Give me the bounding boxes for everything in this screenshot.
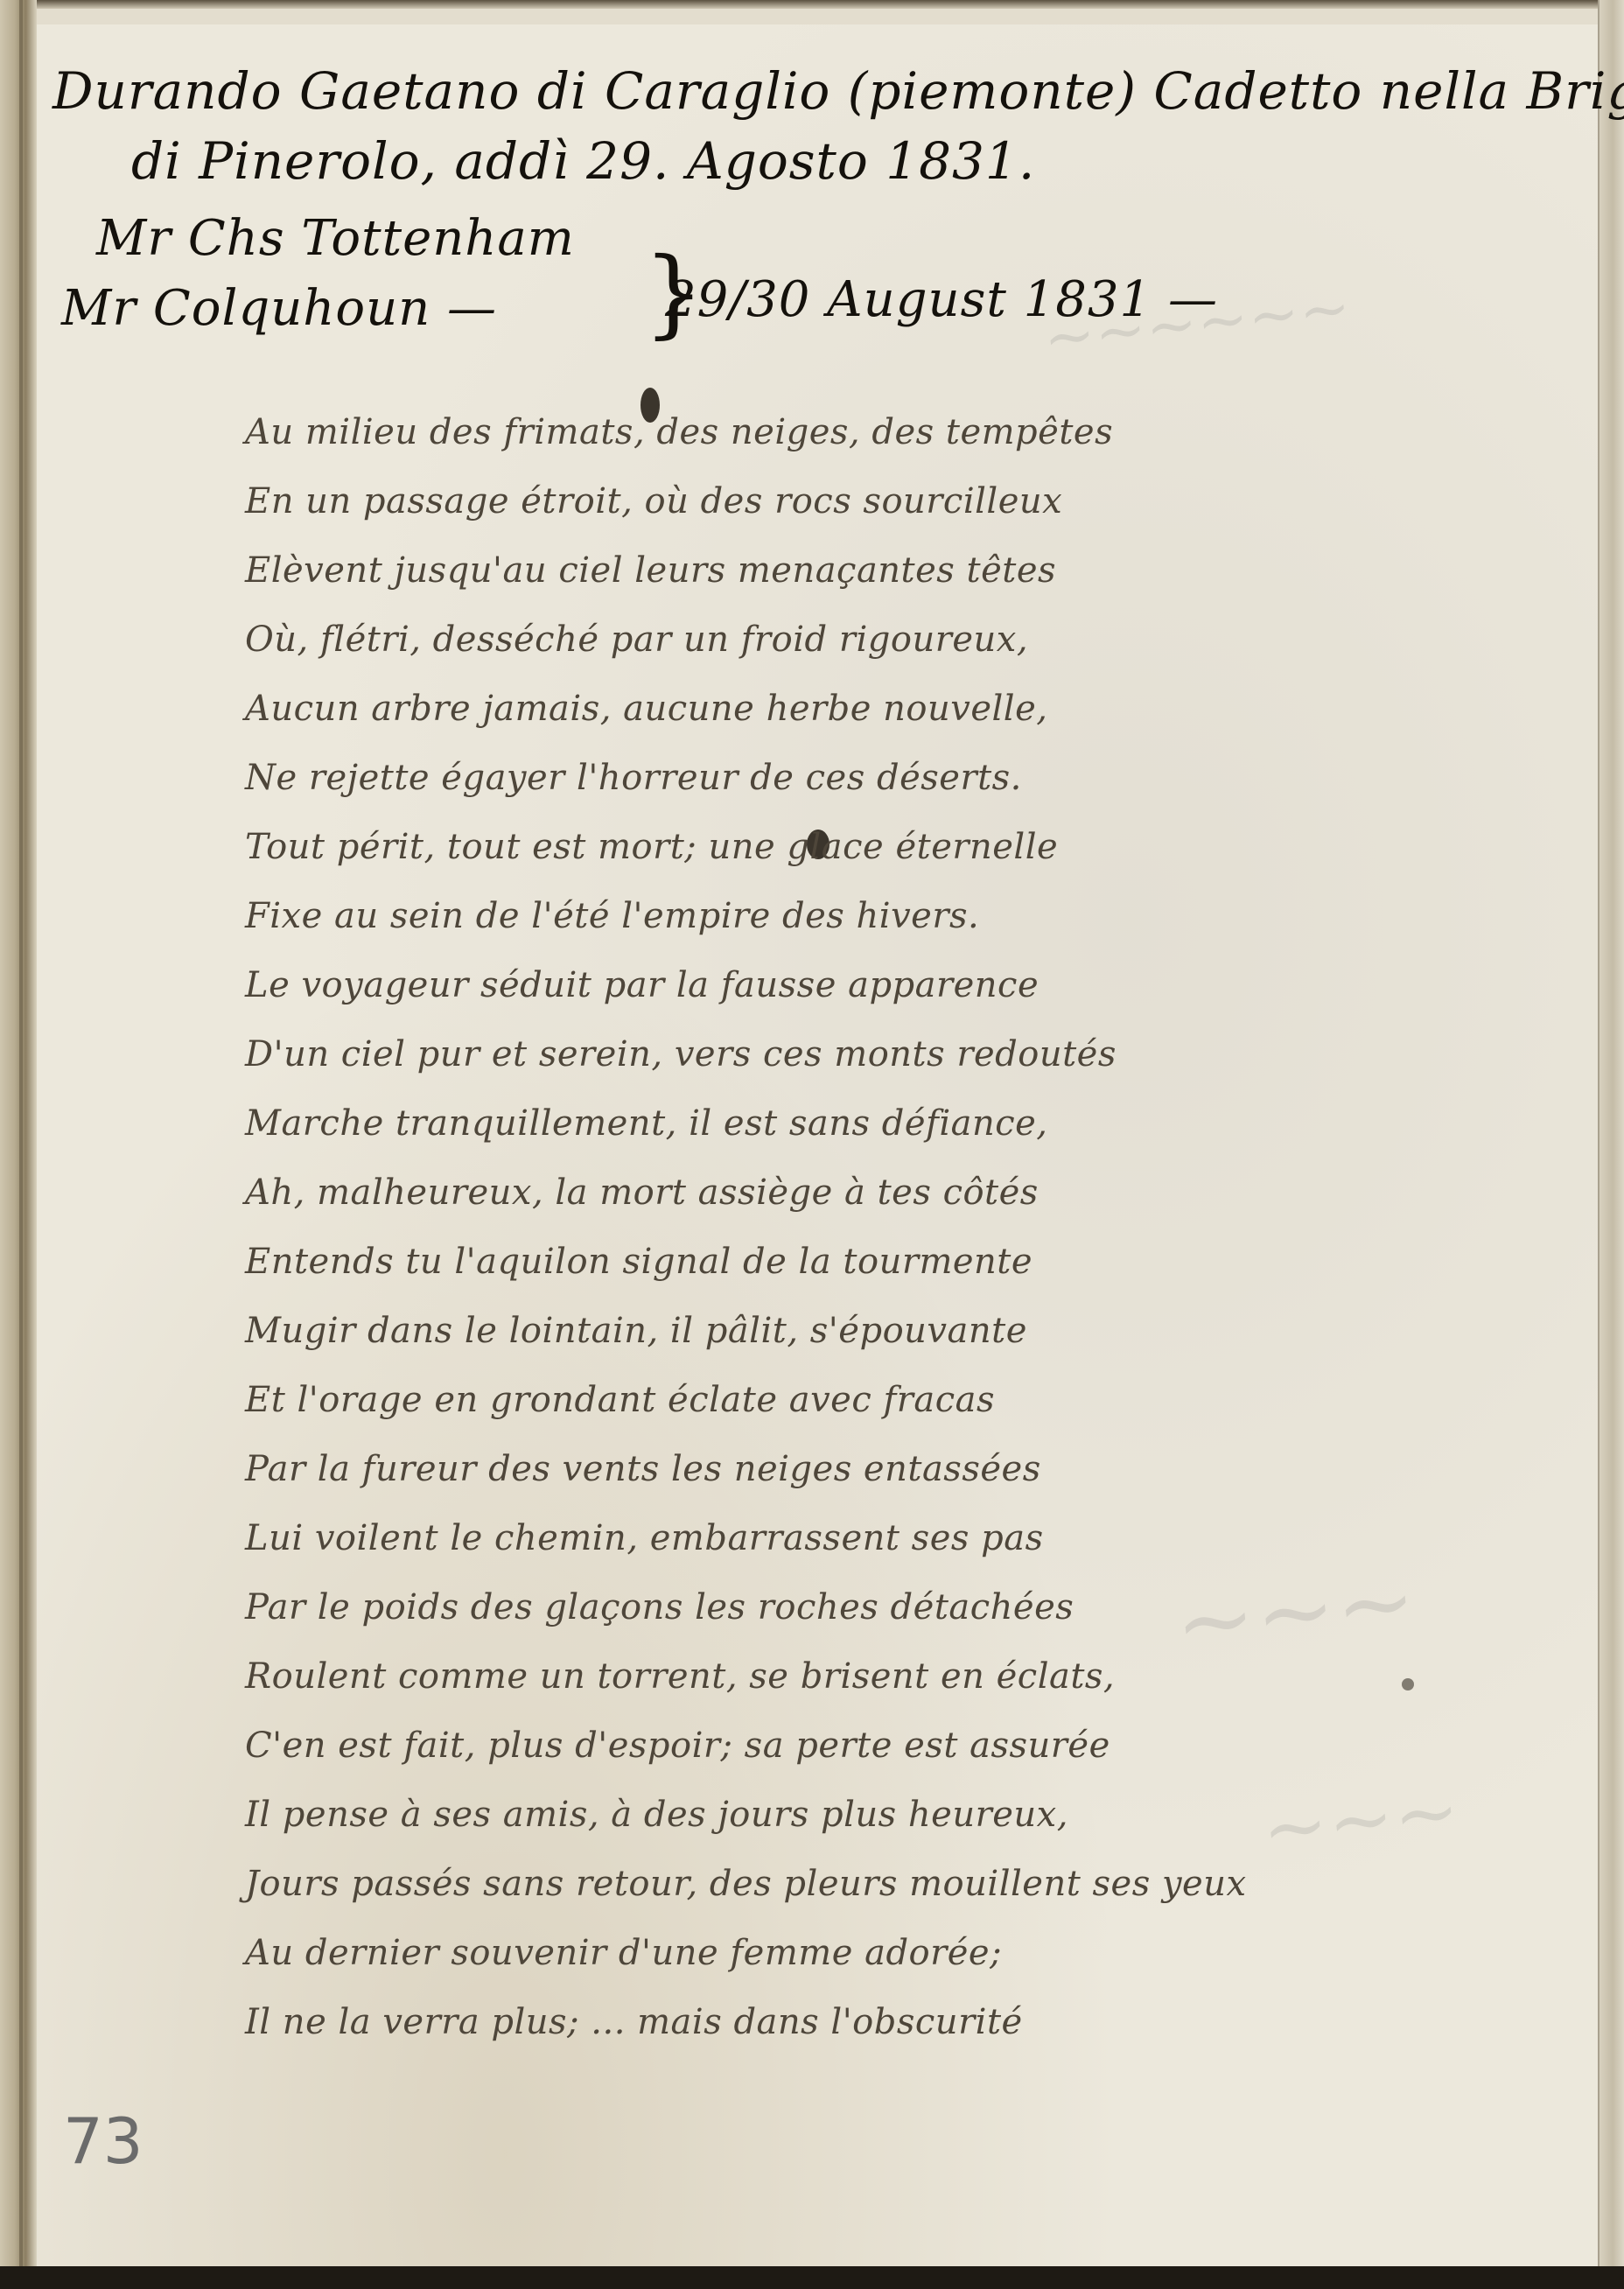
header-date: 29/30 August 1831 — — [665, 271, 1218, 328]
poem-body: Au milieu des frimats, des neiges, des t… — [245, 398, 1339, 2057]
page-bottom-edge — [0, 2266, 1624, 2289]
binding-fold-line — [19, 0, 23, 2289]
poem-line: Et l'orage en grondant éclate avec fraca… — [245, 1366, 1339, 1435]
manuscript-page: ~~~~~~ ~~~ ~~~ Durando Gaetano di Caragl… — [0, 0, 1624, 2289]
poem-line: Au milieu des frimats, des neiges, des t… — [245, 398, 1339, 467]
book-binding — [0, 0, 37, 2289]
poem-line: Au dernier souvenir d'une femme adorée; — [245, 1919, 1339, 1988]
poem-line: En un passage étroit, où des rocs sourci… — [245, 467, 1339, 536]
poem-line: Entends tu l'aquilon signal de la tourme… — [245, 1228, 1339, 1297]
poem-line: Fixe au sein de l'été l'empire des hiver… — [245, 882, 1339, 951]
poem-line: Lui voilent le chemin, embarrassent ses … — [245, 1504, 1339, 1573]
poem-line: Roulent comme un torrent, se brisent en … — [245, 1642, 1339, 1711]
poem-line: Le voyageur séduit par la fausse apparen… — [245, 951, 1339, 1020]
poem-line: C'en est fait, plus d'espoir; sa perte e… — [245, 1711, 1339, 1781]
page-top-edge — [0, 0, 1624, 9]
folio-number: 73 — [63, 2104, 143, 2178]
poem-line: Marche tranquillement, il est sans défia… — [245, 1089, 1339, 1158]
poem-line: Par le poids des glaçons les roches déta… — [245, 1573, 1339, 1642]
poem-line: Aucun arbre jamais, aucune herbe nouvell… — [245, 675, 1339, 744]
poem-line: Où, flétri, desséché par un froid rigour… — [245, 605, 1339, 675]
poem-line: Ne rejette égayer l'horreur de ces déser… — [245, 744, 1339, 813]
poem-line: Par la fureur des vents les neiges entas… — [245, 1435, 1339, 1504]
page-top-frame — [37, 9, 1603, 26]
header-line-2: di Pinerolo, addì 29. Agosto 1831. — [131, 131, 1035, 191]
header-line-4: Mr Colquhoun — — [61, 280, 497, 337]
header-line-1: Durando Gaetano di Caraglio (piemonte) C… — [52, 61, 1624, 121]
poem-line: Tout périt, tout est mort; une glace éte… — [245, 813, 1339, 882]
poem-line: Mugir dans le lointain, il pâlit, s'épou… — [245, 1297, 1339, 1366]
ink-blot — [1402, 1678, 1414, 1690]
poem-line: Elèvent jusqu'au ciel leurs menaçantes t… — [245, 536, 1339, 605]
poem-line: Jours passés sans retour, des pleurs mou… — [245, 1850, 1339, 1919]
header-line-3: Mr Chs Tottenham — [96, 210, 575, 267]
poem-line: Il ne la verra plus; ... mais dans l'obs… — [245, 1988, 1339, 2057]
poem-line: D'un ciel pur et serein, vers ces monts … — [245, 1020, 1339, 1089]
poem-line: Ah, malheureux, la mort assiège à tes cô… — [245, 1158, 1339, 1228]
page-right-edge — [1598, 0, 1624, 2289]
poem-line: Il pense à ses amis, à des jours plus he… — [245, 1781, 1339, 1850]
